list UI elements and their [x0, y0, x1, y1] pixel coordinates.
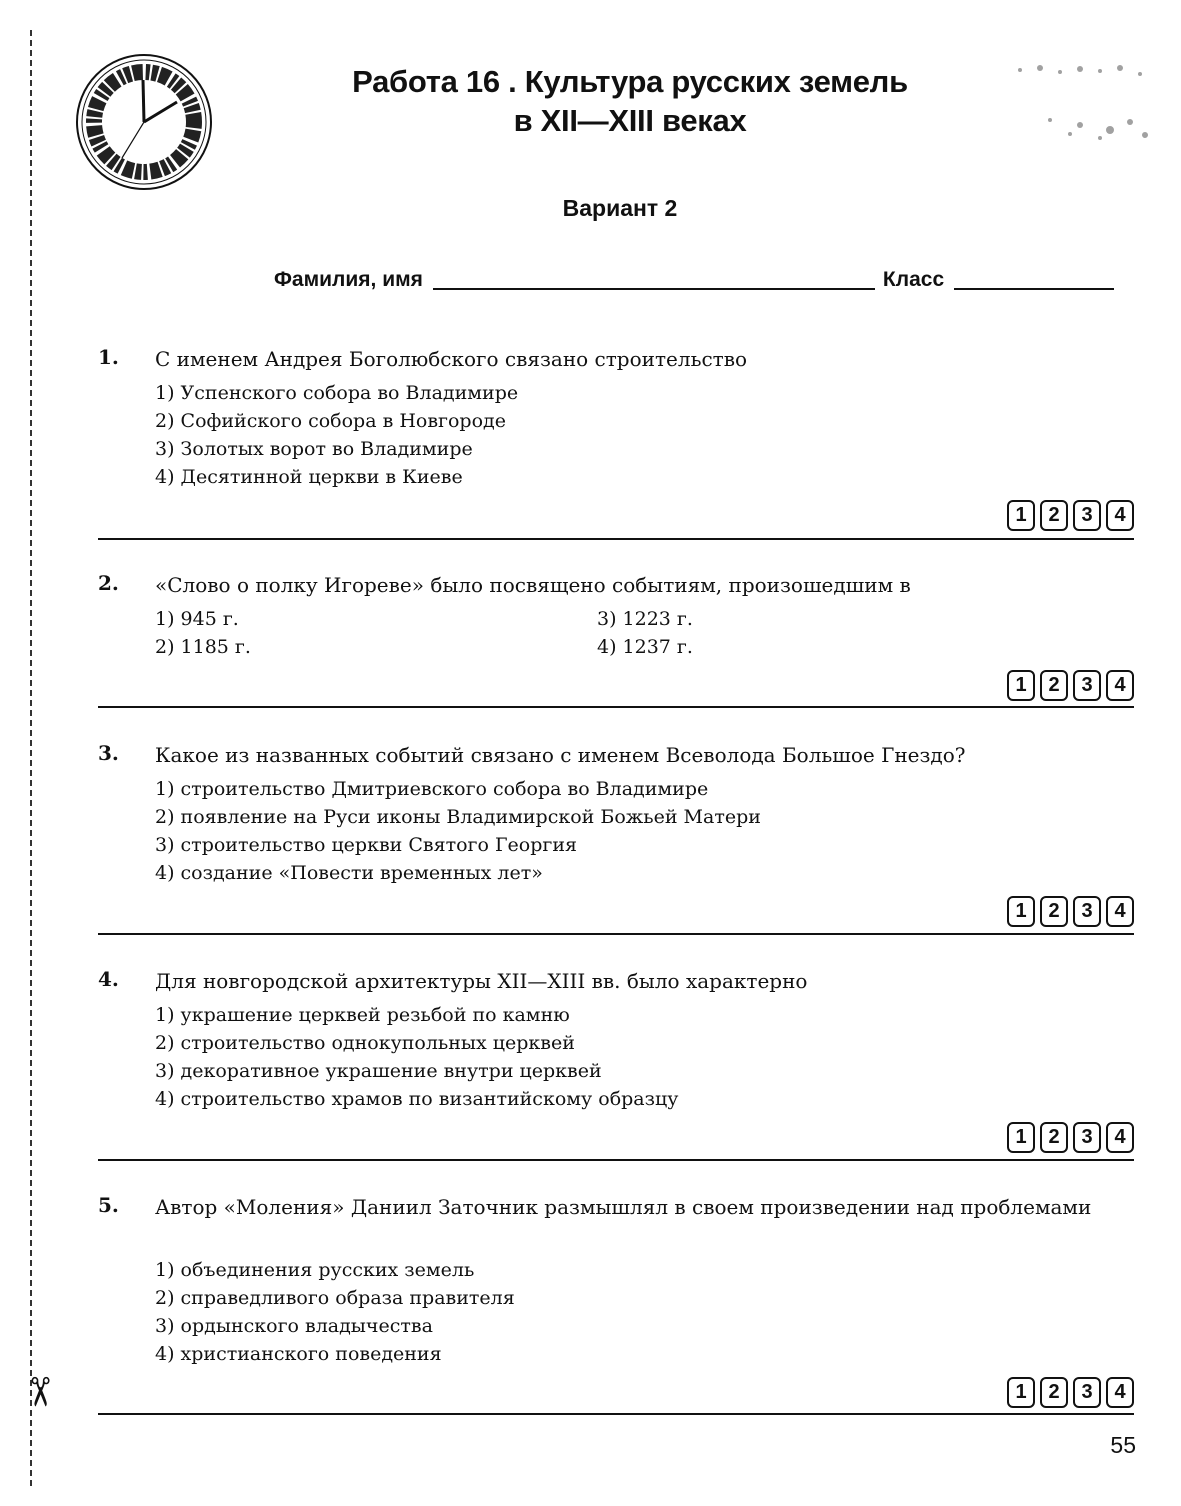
option-2: 2) 1185 г. — [155, 633, 597, 661]
title-line-2: в XII—XIII веках — [260, 101, 1000, 140]
options-list: 1) объединения русских земель 2) справед… — [155, 1256, 515, 1368]
divider — [98, 538, 1134, 540]
option-4: 4) христианского поведения — [155, 1340, 515, 1368]
answer-box-2[interactable]: 2 — [1040, 670, 1068, 701]
question-text: С именем Андрея Боголюбского связано стр… — [155, 345, 1135, 374]
option-2: 2) Софийского собора в Новгороде — [155, 407, 518, 435]
answer-box-1[interactable]: 1 — [1007, 896, 1035, 927]
scissors-icon: ✂ — [19, 1375, 59, 1409]
answer-box-2[interactable]: 2 — [1040, 896, 1068, 927]
answer-box-4[interactable]: 4 — [1106, 896, 1134, 927]
answer-box-2[interactable]: 2 — [1040, 1122, 1068, 1153]
options-grid: 1) 945 г. 2) 1185 г. 3) 1223 г. 4) 1237 … — [155, 605, 797, 661]
option-4: 4) создание «Повести временных лет» — [155, 859, 761, 887]
answer-box-1[interactable]: 1 — [1007, 1122, 1035, 1153]
option-3: 3) 1223 г. — [597, 605, 797, 633]
answer-boxes: 1 2 3 4 — [1007, 896, 1134, 927]
answer-box-1[interactable]: 1 — [1007, 1377, 1035, 1408]
class-label: Класс — [883, 268, 944, 292]
student-info-row: Фамилия, имя Класс — [274, 264, 1114, 292]
option-2: 2) появление на Руси иконы Владимирской … — [155, 803, 761, 831]
page-number: 55 — [1110, 1432, 1136, 1459]
title-line-1: Работа 16 . Культура русских земель — [260, 62, 1000, 101]
option-1: 1) Успенского собора во Владимире — [155, 379, 518, 407]
option-1: 1) строительство Дмитриевского собора во… — [155, 775, 761, 803]
page-title: Работа 16 . Культура русских земель в XI… — [260, 62, 1000, 140]
question-text: «Слово о полку Игореве» было посвящено с… — [155, 571, 1135, 600]
question-text: Автор «Моления» Даниил Заточник размышля… — [155, 1193, 1135, 1222]
question-text: Какое из названных событий связано с име… — [155, 741, 1135, 770]
answer-box-3[interactable]: 3 — [1073, 670, 1101, 701]
name-field[interactable] — [433, 264, 875, 290]
question-number: 5. — [98, 1193, 119, 1217]
variant-label: Вариант 2 — [520, 195, 720, 222]
options-list: 1) Успенского собора во Владимире 2) Соф… — [155, 379, 518, 491]
option-4: 4) 1237 г. — [597, 633, 797, 661]
answer-box-3[interactable]: 3 — [1073, 896, 1101, 927]
answer-box-3[interactable]: 3 — [1073, 1122, 1101, 1153]
option-1: 1) объединения русских земель — [155, 1256, 515, 1284]
answer-box-1[interactable]: 1 — [1007, 500, 1035, 531]
cut-line — [30, 30, 32, 1486]
answer-box-4[interactable]: 4 — [1106, 500, 1134, 531]
answer-boxes: 1 2 3 4 — [1007, 1122, 1134, 1153]
options-list: 1) строительство Дмитриевского собора во… — [155, 775, 761, 887]
option-4: 4) Десятинной церкви в Киеве — [155, 463, 518, 491]
answer-box-3[interactable]: 3 — [1073, 500, 1101, 531]
answer-boxes: 1 2 3 4 — [1007, 500, 1134, 531]
option-1: 1) украшение церквей резьбой по камню — [155, 1001, 678, 1029]
option-4: 4) строительство храмов по византийскому… — [155, 1085, 678, 1113]
answer-boxes: 1 2 3 4 — [1007, 1377, 1134, 1408]
divider — [98, 1413, 1134, 1415]
question-text: Для новгородской архитектуры XII—XIII вв… — [155, 967, 1135, 996]
question-number: 2. — [98, 571, 119, 595]
question-number: 3. — [98, 741, 119, 765]
option-3: 3) ордынского владычества — [155, 1312, 515, 1340]
clock-icon — [74, 52, 214, 192]
answer-box-2[interactable]: 2 — [1040, 500, 1068, 531]
option-2: 2) справедливого образа правителя — [155, 1284, 515, 1312]
divider — [98, 933, 1134, 935]
option-2: 2) строительство однокупольных церквей — [155, 1029, 678, 1057]
answer-box-4[interactable]: 4 — [1106, 1377, 1134, 1408]
divider — [98, 706, 1134, 708]
question-number: 4. — [98, 967, 119, 991]
class-field[interactable] — [954, 264, 1114, 290]
answer-box-4[interactable]: 4 — [1106, 670, 1134, 701]
answer-box-4[interactable]: 4 — [1106, 1122, 1134, 1153]
answer-box-3[interactable]: 3 — [1073, 1377, 1101, 1408]
option-3: 3) строительство церкви Святого Георгия — [155, 831, 761, 859]
question-number: 1. — [98, 345, 119, 369]
answer-boxes: 1 2 3 4 — [1007, 670, 1134, 701]
answer-box-1[interactable]: 1 — [1007, 670, 1035, 701]
divider — [98, 1159, 1134, 1161]
option-3: 3) Золотых ворот во Владимире — [155, 435, 518, 463]
answer-box-2[interactable]: 2 — [1040, 1377, 1068, 1408]
option-3: 3) декоративное украшение внутри церквей — [155, 1057, 678, 1085]
name-label: Фамилия, имя — [274, 268, 423, 292]
options-list: 1) украшение церквей резьбой по камню 2)… — [155, 1001, 678, 1113]
option-1: 1) 945 г. — [155, 605, 597, 633]
